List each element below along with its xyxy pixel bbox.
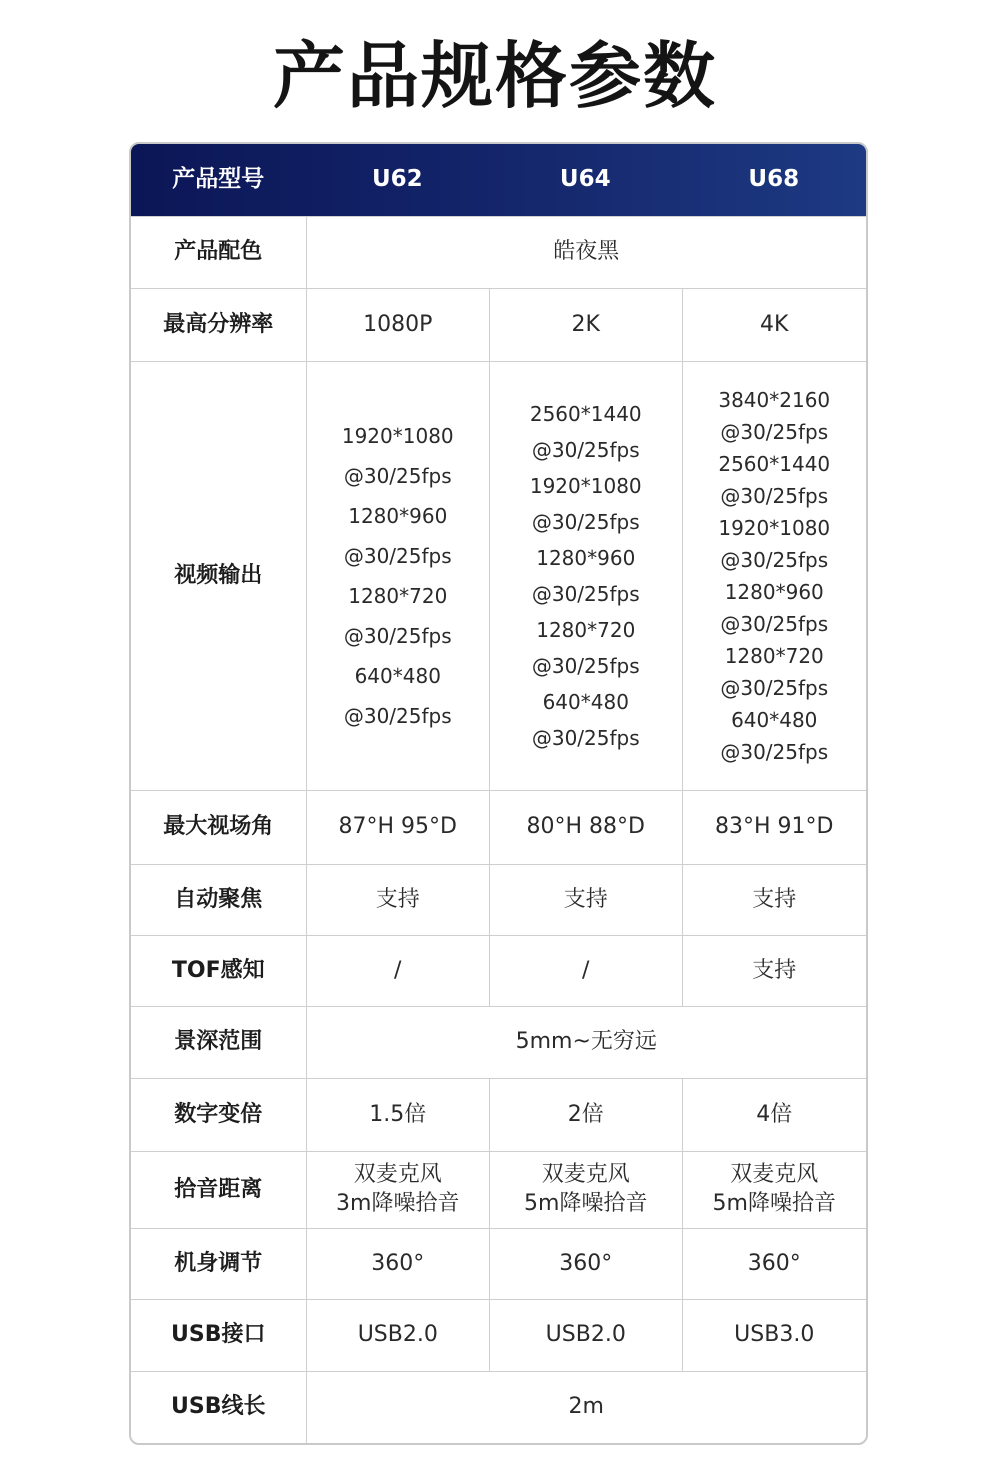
row-value: 4倍 — [682, 1079, 867, 1151]
video-fps: @30/25fps — [532, 512, 640, 532]
header-model-u68: U68 — [682, 144, 867, 216]
row-value: 支持 — [682, 865, 867, 935]
row-value: 87°H 95°D — [306, 791, 490, 864]
row-value-u62: 1920*1080 @30/25fps 1280*960 @30/25fps 1… — [306, 362, 490, 790]
video-fps: @30/25fps — [720, 550, 828, 570]
video-fps: @30/25fps — [344, 466, 452, 486]
table-row-usb-port: USB接口 USB2.0 USB2.0 USB3.0 — [131, 1299, 866, 1371]
video-fps: @30/25fps — [532, 656, 640, 676]
row-value: 83°H 91°D — [682, 791, 867, 864]
row-value: 5mm~无穷远 — [306, 1007, 866, 1078]
row-label: USB线长 — [131, 1372, 306, 1443]
table-row-fov: 最大视场角 87°H 95°D 80°H 88°D 83°H 91°D — [131, 790, 866, 864]
video-mode: 1920*1080 — [342, 426, 454, 446]
video-mode: 1280*720 — [536, 620, 635, 640]
video-fps: @30/25fps — [720, 678, 828, 698]
video-mode: 2560*1440 — [530, 404, 642, 424]
row-value-u68: 3840*2160 @30/25fps 2560*1440 @30/25fps … — [682, 362, 867, 790]
row-value: 1.5倍 — [306, 1079, 490, 1151]
pickup-mic: 双麦克风 — [542, 1161, 630, 1190]
header-model-u62: U62 — [306, 144, 490, 216]
table-row-max-resolution: 最高分辨率 1080P 2K 4K — [131, 288, 866, 361]
table-row-color: 产品配色 皓夜黑 — [131, 216, 866, 288]
row-value: / — [306, 936, 490, 1006]
table-row-autofocus: 自动聚焦 支持 支持 支持 — [131, 864, 866, 935]
video-fps: @30/25fps — [720, 742, 828, 762]
pickup-range: 5m降噪拾音 — [713, 1190, 836, 1219]
video-mode: 640*480 — [543, 692, 629, 712]
row-label: 数字变倍 — [131, 1079, 306, 1151]
row-value-u68: 双麦克风 5m降噪拾音 — [682, 1152, 867, 1228]
row-value: 支持 — [306, 865, 490, 935]
video-mode: 640*480 — [731, 710, 817, 730]
video-mode: 1280*720 — [348, 586, 447, 606]
row-value-u64: 2560*1440 @30/25fps 1920*1080 @30/25fps … — [489, 362, 681, 790]
header-model-u64: U64 — [489, 144, 681, 216]
row-value: USB3.0 — [682, 1300, 867, 1371]
row-value: 皓夜黑 — [306, 217, 866, 288]
video-mode: 1920*1080 — [530, 476, 642, 496]
pickup-mic: 双麦克风 — [730, 1161, 818, 1190]
row-label: 景深范围 — [131, 1007, 306, 1078]
spec-table: 产品型号 U62 U64 U68 产品配色 皓夜黑 最高分辨率 1080P 2K… — [129, 142, 868, 1445]
row-value-u62: 双麦克风 3m降噪拾音 — [306, 1152, 490, 1228]
video-fps: @30/25fps — [532, 440, 640, 460]
row-value: USB2.0 — [306, 1300, 490, 1371]
video-mode: 1280*720 — [725, 646, 824, 666]
video-fps: @30/25fps — [720, 486, 828, 506]
row-value: 80°H 88°D — [489, 791, 681, 864]
row-value: USB2.0 — [489, 1300, 681, 1371]
row-label: 机身调节 — [131, 1229, 306, 1299]
row-label: 自动聚焦 — [131, 865, 306, 935]
table-header-row: 产品型号 U62 U64 U68 — [131, 144, 866, 216]
video-fps: @30/25fps — [344, 626, 452, 646]
video-fps: @30/25fps — [344, 546, 452, 566]
table-row-pickup: 拾音距离 双麦克风 3m降噪拾音 双麦克风 5m降噪拾音 双麦克风 5m降噪拾音 — [131, 1151, 866, 1228]
row-value: 1080P — [306, 289, 490, 361]
video-fps: @30/25fps — [532, 728, 640, 748]
pickup-range: 5m降噪拾音 — [524, 1190, 647, 1219]
row-value: 4K — [682, 289, 867, 361]
row-value: / — [489, 936, 681, 1006]
row-value: 支持 — [682, 936, 867, 1006]
page-title: 产品规格参数 — [0, 18, 990, 122]
row-label: TOF感知 — [131, 936, 306, 1006]
row-value: 360° — [489, 1229, 681, 1299]
row-value: 2m — [306, 1372, 866, 1443]
table-row-video-output: 视频输出 1920*1080 @30/25fps 1280*960 @30/25… — [131, 361, 866, 790]
video-mode: 2560*1440 — [718, 454, 830, 474]
row-value: 360° — [306, 1229, 490, 1299]
table-row-depth-of-field: 景深范围 5mm~无穷远 — [131, 1006, 866, 1078]
row-label: USB接口 — [131, 1300, 306, 1371]
pickup-range: 3m降噪拾音 — [336, 1190, 459, 1219]
video-mode: 3840*2160 — [718, 390, 830, 410]
row-label: 产品配色 — [131, 217, 306, 288]
video-fps: @30/25fps — [720, 422, 828, 442]
header-label: 产品型号 — [131, 144, 306, 216]
video-mode: 1280*960 — [536, 548, 635, 568]
video-mode: 1920*1080 — [718, 518, 830, 538]
video-mode: 1280*960 — [348, 506, 447, 526]
row-value: 360° — [682, 1229, 867, 1299]
row-value-u64: 双麦克风 5m降噪拾音 — [489, 1152, 681, 1228]
row-label: 拾音距离 — [131, 1152, 306, 1228]
video-mode: 640*480 — [355, 666, 441, 686]
video-fps: @30/25fps — [720, 614, 828, 634]
row-value: 支持 — [489, 865, 681, 935]
video-fps: @30/25fps — [532, 584, 640, 604]
row-label: 最大视场角 — [131, 791, 306, 864]
table-row-digital-zoom: 数字变倍 1.5倍 2倍 4倍 — [131, 1078, 866, 1151]
pickup-mic: 双麦克风 — [354, 1161, 442, 1190]
video-fps: @30/25fps — [344, 706, 452, 726]
video-mode: 1280*960 — [725, 582, 824, 602]
row-value: 2倍 — [489, 1079, 681, 1151]
row-label: 最高分辨率 — [131, 289, 306, 361]
table-row-tof: TOF感知 / / 支持 — [131, 935, 866, 1006]
row-label: 视频输出 — [131, 362, 306, 790]
row-value: 2K — [489, 289, 681, 361]
table-row-rotation: 机身调节 360° 360° 360° — [131, 1228, 866, 1299]
table-row-usb-length: USB线长 2m — [131, 1371, 866, 1443]
